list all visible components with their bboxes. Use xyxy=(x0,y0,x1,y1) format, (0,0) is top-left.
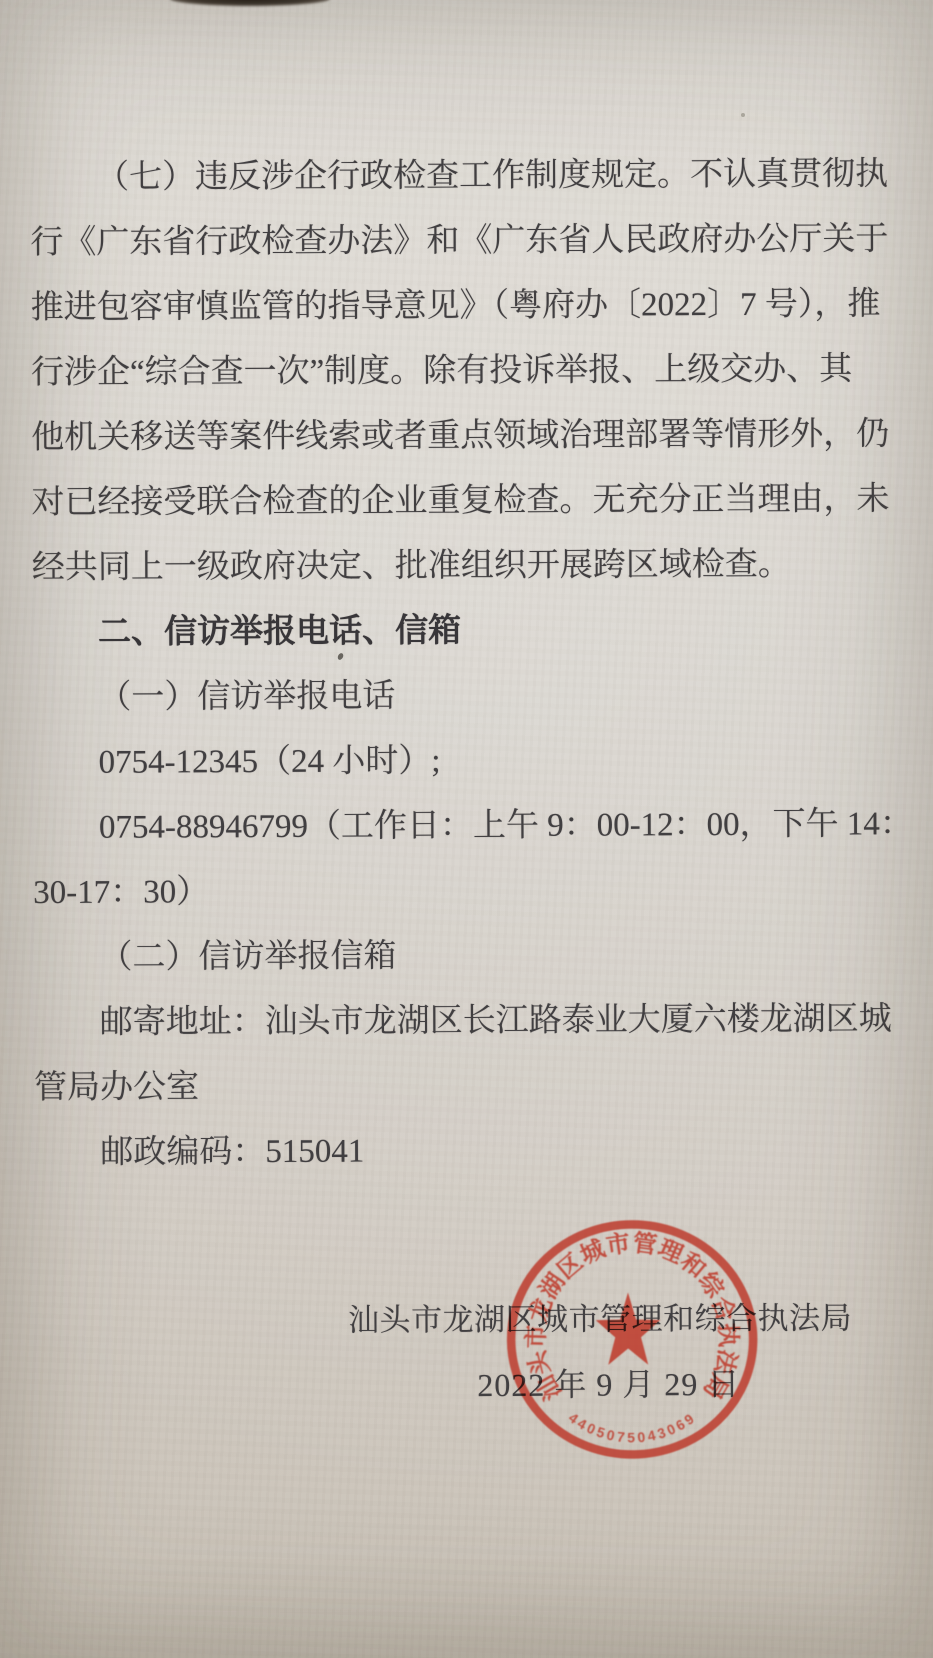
body-line: 0754-12345（24 小时）; xyxy=(32,727,890,796)
body-line: 30-17：30） xyxy=(33,857,891,926)
paper-speck-faint xyxy=(741,113,745,117)
body-line: 对已经接受联合检查的企业重复检查。无充分正当理由，未 xyxy=(31,467,889,536)
document-photo: （七）违反涉企行政检查工作制度规定。不认真贯彻执行《广东省行政检查办法》和《广东… xyxy=(0,0,933,1658)
body-line: 二、信访举报电话、信箱 xyxy=(32,597,890,666)
document-body: （七）违反涉企行政检查工作制度规定。不认真贯彻执行《广东省行政检查办法》和《广东… xyxy=(30,142,893,1186)
body-line: （七）违反涉企行政检查工作制度规定。不认真贯彻执 xyxy=(30,142,888,211)
body-line: 行《广东省行政检查办法》和《广东省人民政府办公厅关于 xyxy=(30,207,888,276)
body-line: 他机关移送等案件线索或者重点领域治理部署等情形外，仍 xyxy=(31,402,889,471)
body-line: 经共同上一级政府决定、批准组织开展跨区域检查。 xyxy=(32,532,890,601)
seal-star xyxy=(596,1292,661,1365)
official-seal: 汕头市龙湖区城市管理和综合执法局 4405075043069 xyxy=(503,1215,762,1464)
body-line: 行涉企“综合查一次”制度。除有投诉举报、上级交办、其 xyxy=(31,337,889,406)
body-line: （二）信访举报信箱 xyxy=(33,922,891,991)
svg-text:4405075043069: 4405075043069 xyxy=(566,1409,700,1446)
body-line: 0754-88946799（工作日：上午 9：00-12：00，下午 14： xyxy=(33,792,891,861)
seal-code-text: 4405075043069 xyxy=(566,1409,700,1446)
body-line: 推进包容审慎监管的指导意见》（粤府办〔2022〕7 号），推 xyxy=(31,272,889,341)
body-line: （一）信访举报电话 xyxy=(32,662,890,731)
body-line: 邮政编码：515041 xyxy=(34,1117,892,1186)
body-line: 邮寄地址：汕头市龙湖区长江路泰业大厦六楼龙湖区城 xyxy=(34,987,892,1056)
body-line: 管局办公室 xyxy=(34,1052,892,1121)
document-page: （七）违反涉企行政检查工作制度规定。不认真贯彻执行《广东省行政检查办法》和《广东… xyxy=(0,0,933,1658)
